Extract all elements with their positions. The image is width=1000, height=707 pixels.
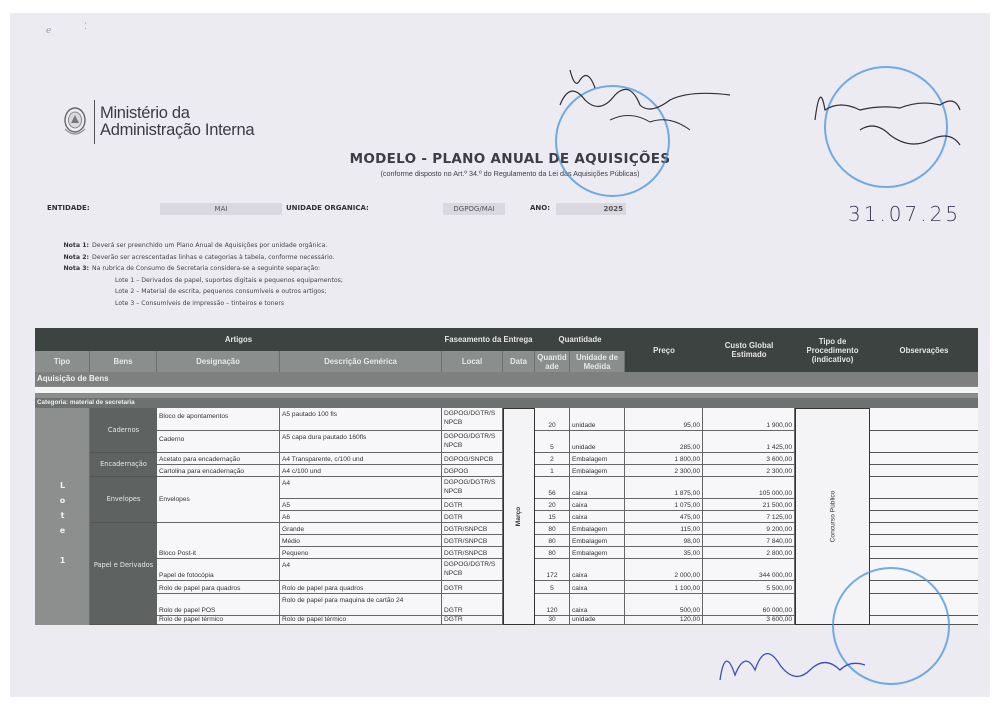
designacao-cell: Bloco de apontamentos [157, 408, 280, 431]
preco-cell: 2 300,00 [625, 465, 703, 477]
quantidade-cell: 20 [535, 499, 570, 511]
custo-cell: 7 125,00 [703, 511, 795, 523]
quantidade-cell: 56 [535, 477, 570, 499]
scan-speck: ℯ [46, 26, 51, 36]
custo-cell: 5 500,00 [703, 581, 795, 594]
unidade-value: DGPOG/MAI [443, 203, 505, 215]
designacao-cell: Rolo de papel para quadros [157, 581, 280, 594]
descricao-cell: A5 pautado 100 fls [280, 408, 442, 431]
lote-vertical-label: Lote1 [35, 478, 90, 568]
local-cell: DGPOG/SNPCB [442, 453, 503, 465]
preco-cell: 115,00 [625, 523, 703, 535]
unidade-cell: Embalagem [570, 535, 625, 547]
custo-cell: 60 000,00 [703, 594, 795, 616]
descricao-cell: Rolo de papel térmico [280, 616, 442, 625]
delivery-month: Março [515, 507, 522, 526]
descricao-cell: A4 [280, 559, 442, 581]
notes-block: Nota 1:Deverá ser preenchido um Plano An… [53, 240, 343, 309]
category-row: Categoria: material de secretaria [35, 398, 978, 408]
custo-cell: 9 200,00 [703, 523, 795, 535]
descricao-cell: Rolo de papel para quadros [280, 581, 442, 594]
signature-cabinet [800, 60, 980, 180]
ministry-name: Ministério da Administração Interna [100, 105, 254, 139]
header-artigos: Artigos [35, 328, 442, 351]
quantidade-cell: 2 [535, 453, 570, 465]
note-1: Nota 1:Deverá ser preenchido um Plano An… [53, 240, 343, 252]
designacao-cell: Papel de fotocópia [157, 559, 280, 581]
lote-3-note: Lote 3 – Consumíveis de impressão – tint… [53, 298, 343, 310]
preco-cell: 1 800,00 [625, 453, 703, 465]
procedure-type: Concurso Público [829, 491, 836, 543]
custo-cell: 1 425,00 [703, 431, 795, 453]
bens-group-cell: Encadernação [90, 453, 157, 477]
observacoes-cell [870, 547, 978, 559]
observacoes-cell [870, 408, 978, 431]
designacao-cell: Rolo de papel POS [157, 594, 280, 616]
preco-cell: 120,00 [625, 616, 703, 625]
descricao-cell: A5 capa dura pautado 160fls [280, 431, 442, 453]
bens-group-cell: Envelopes [90, 477, 157, 523]
local-cell: DGPOG/DGTR/SNPCB [442, 559, 503, 581]
preco-cell: 1 875,00 [625, 477, 703, 499]
lote-2-note: Lote 2 – Material de escrita, pequenos c… [53, 286, 343, 298]
ano-value: 2025 [556, 203, 626, 215]
preco-cell: 98,00 [625, 535, 703, 547]
local-cell: DGTR [442, 594, 503, 616]
subheader-bens: Bens [90, 351, 157, 372]
section-aquisicao-bens: Aquisição de Bens [35, 372, 978, 386]
unidade-cell: caixa [570, 511, 625, 523]
preco-cell: 95,00 [625, 408, 703, 431]
preco-cell: 1 075,00 [625, 499, 703, 511]
quantidade-cell: 30 [535, 616, 570, 625]
custo-cell: 3 600,00 [703, 616, 795, 625]
quantidade-cell: 20 [535, 408, 570, 431]
local-cell: DGPOG/DGTR/SNPCB [442, 477, 503, 499]
unidade-cell: caixa [570, 594, 625, 616]
quantidade-cell: 15 [535, 511, 570, 523]
handwritten-date: 31.07.25 [848, 202, 961, 226]
preco-cell: 2 000,00 [625, 559, 703, 581]
unidade-cell: caixa [570, 477, 625, 499]
unidade-cell: caixa [570, 499, 625, 511]
header-quantidade: Quantidade [535, 328, 625, 351]
descricao-cell: A4 Transparente, c/100 und [280, 453, 442, 465]
signature-dgpog [700, 630, 880, 700]
note-3: Nota 3:Na rubrica de Consumo de Secretar… [53, 263, 343, 275]
local-cell: DGTR [442, 616, 503, 625]
signature-finance [540, 60, 740, 150]
unidade-cell: Embalagem [570, 523, 625, 535]
header-tipo-procedimento: Tipo de Procedimento (indicativo) [795, 328, 870, 372]
designacao-cell: Caderno [157, 431, 280, 453]
quantidade-cell: 1 [535, 465, 570, 477]
preco-cell: 35,00 [625, 547, 703, 559]
lote-1-note: Lote 1 – Derivados de papel, suportes di… [53, 275, 343, 287]
ano-label: ANO: [530, 204, 550, 212]
local-cell: DGTR [442, 511, 503, 523]
coat-of-arms-icon [62, 105, 88, 139]
header-observacoes: Observações [870, 328, 978, 372]
quantidade-cell: 5 [535, 581, 570, 594]
table-body: Lote1 A5 pautado 100 flsDGPOG/DGTR/SNPCB… [35, 408, 978, 625]
descricao-cell: Pequeno [280, 547, 442, 559]
local-cell: DGPOG/DGTR/SNPCB [442, 431, 503, 453]
bens-group-cell: Papel e Derivados [90, 523, 157, 625]
spacer-row [35, 386, 978, 394]
descricao-cell: A6 [280, 511, 442, 523]
entidade-label: ENTIDADE: [47, 204, 90, 212]
header-custo: Custo Global Estimado [703, 328, 795, 372]
unidade-cell: caixa [570, 581, 625, 594]
header-preco: Preço [625, 328, 703, 372]
subheader-tipo: Tipo [35, 351, 90, 372]
header-faseamento: Faseamento da Entrega [442, 328, 535, 351]
unidade-cell: unidade [570, 408, 625, 431]
local-cell: DGPOG [442, 465, 503, 477]
observacoes-cell [870, 511, 978, 523]
entidade-value: MAI [160, 203, 282, 215]
local-cell: DGTR/SNPCB [442, 523, 503, 535]
subheader-designacao: Designação [157, 351, 280, 372]
unidade-cell: unidade [570, 431, 625, 453]
descricao-cell: A5 [280, 499, 442, 511]
local-cell: DGTR [442, 581, 503, 594]
unidade-cell: caixa [570, 559, 625, 581]
local-cell: DGTR/SNPCB [442, 547, 503, 559]
descricao-cell: Rolo de papel para maquina de cartão 24 [280, 594, 442, 616]
custo-cell: 1 900,00 [703, 408, 795, 431]
custo-cell: 2 300,00 [703, 465, 795, 477]
subheader-unidade: Unidade de Medida [570, 351, 625, 372]
ministry-logo: Ministério da Administração Interna [62, 100, 254, 144]
note-2: Nota 2:Deverão ser acrescentadas linhas … [53, 252, 343, 264]
descricao-cell: A4 [280, 477, 442, 499]
preco-cell: 475,00 [625, 511, 703, 523]
data-merged-cell: Março [503, 408, 535, 625]
subheader-data: Data [503, 351, 535, 372]
subheader-local: Local [442, 351, 503, 372]
local-cell: DGTR [442, 499, 503, 511]
custo-cell: 105 000,00 [703, 477, 795, 499]
designacao-cell: Cartolina para encadernação [157, 465, 280, 477]
designacao-cell: Rolo de papel térmico [157, 616, 280, 625]
custo-cell: 3 600,00 [703, 453, 795, 465]
custo-cell: 7 840,00 [703, 535, 795, 547]
subheader-descricao: Descrição Genérica [280, 351, 442, 372]
custo-cell: 344 000,00 [703, 559, 795, 581]
unidade-label: UNIDADE ORGANICA: [286, 204, 369, 212]
observacoes-cell [870, 431, 978, 453]
local-cell: DGTR/SNPCB [442, 535, 503, 547]
unidade-cell: Embalagem [570, 465, 625, 477]
quantidade-cell: 120 [535, 594, 570, 616]
observacoes-cell [870, 453, 978, 465]
observacoes-cell [870, 499, 978, 511]
quantidade-cell: 80 [535, 547, 570, 559]
preco-cell: 285,00 [625, 431, 703, 453]
subheader-quantidade: Quantid ade [535, 351, 570, 372]
designacao-cell: Acetato para encadernação [157, 453, 280, 465]
quantidade-cell: 80 [535, 535, 570, 547]
designacao-cell: Bloco Post-it [157, 523, 280, 559]
bens-group-cell: Cadernos [90, 408, 157, 453]
tipo-column: Lote1 [35, 408, 90, 625]
quantidade-cell: 172 [535, 559, 570, 581]
custo-cell: 21 500,00 [703, 499, 795, 511]
descricao-cell: Grande [280, 523, 442, 535]
scan-speck: ⁚ [84, 22, 87, 32]
observacoes-cell [870, 465, 978, 477]
local-cell: DGPOG/DGTR/SNPCB [442, 408, 503, 431]
unidade-cell: unidade [570, 616, 625, 625]
logo-divider [94, 100, 95, 144]
observacoes-cell [870, 523, 978, 535]
custo-cell: 2 800,00 [703, 547, 795, 559]
observacoes-cell [870, 477, 978, 499]
preco-cell: 1 100,00 [625, 581, 703, 594]
preco-cell: 500,00 [625, 594, 703, 616]
unidade-cell: Embalagem [570, 547, 625, 559]
unidade-cell: Embalagem [570, 453, 625, 465]
descricao-cell: A4 c/100 und [280, 465, 442, 477]
quantidade-cell: 80 [535, 523, 570, 535]
quantidade-cell: 5 [535, 431, 570, 453]
descricao-cell: Médio [280, 535, 442, 547]
designacao-cell: Envelopes [157, 477, 280, 523]
observacoes-cell [870, 535, 978, 547]
